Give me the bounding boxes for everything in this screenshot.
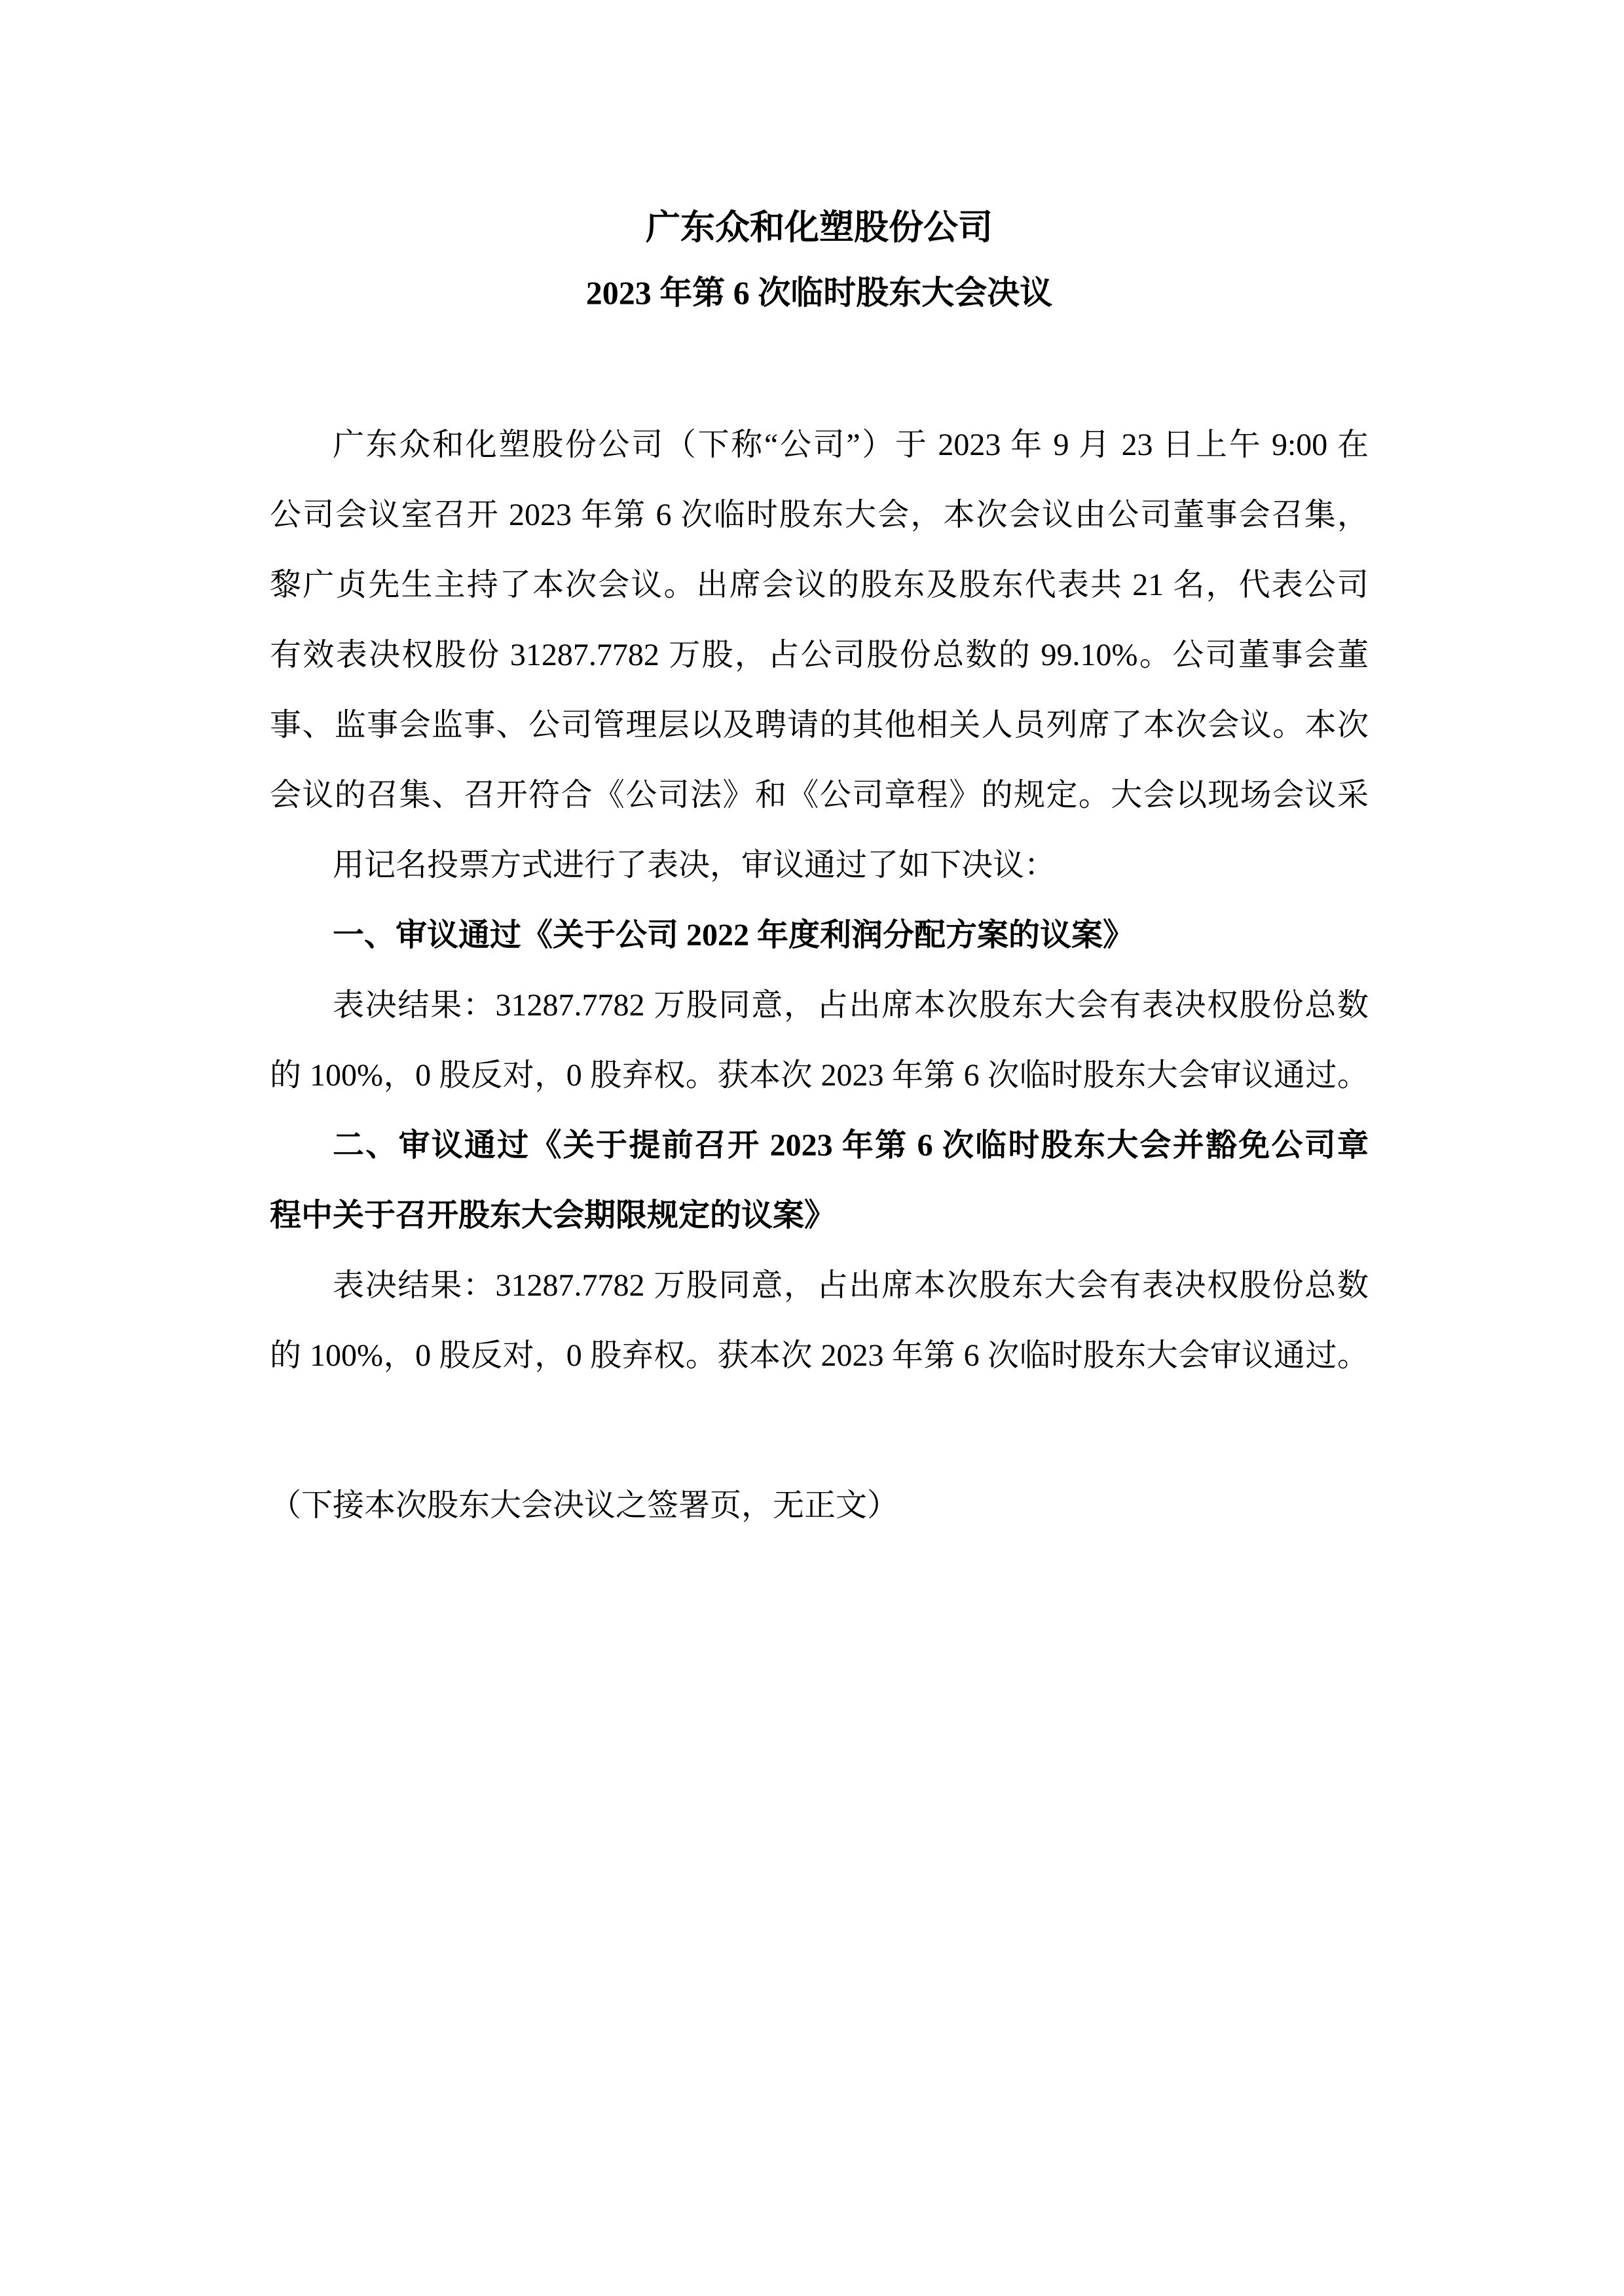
intro-line: 事、监事会监事、公司管理层以及聘请的其他相关人员列席了本次会议。本次: [270, 690, 1369, 760]
intro-line: 用记名投票方式进行了表决，审议通过了如下决议：: [270, 830, 1369, 900]
document-title: 广东众和化塑股份公司: [270, 207, 1369, 249]
closing-note: （下接本次股东大会决议之签署页，无正文）: [270, 1470, 1369, 1540]
resolution-2-result-line: 表决结果：31287.7782 万股同意，占出席本次股东大会有表决权股份总数: [270, 1250, 1369, 1321]
intro-line: 广东众和化塑股份公司（下称“公司”）于 2023 年 9 月 23 日上午 9:…: [270, 410, 1369, 480]
resolution-1-heading: 一、审议通过《关于公司 2022 年度利润分配方案的议案》: [270, 900, 1369, 970]
resolution-2-result-line: 的 100%，0 股反对，0 股弃权。获本次 2023 年第 6 次临时股东大会…: [270, 1321, 1369, 1391]
resolution-2-heading-line: 程中关于召开股东大会期限规定的议案》: [270, 1180, 1369, 1250]
document-page: 广东众和化塑股份公司 2023 年第 6 次临时股东大会决议 广东众和化塑股份公…: [0, 0, 1624, 2296]
resolution-1-result-line: 的 100%，0 股反对，0 股弃权。获本次 2023 年第 6 次临时股东大会…: [270, 1040, 1369, 1110]
intro-line: 有效表决权股份 31287.7782 万股，占公司股份总数的 99.10%。公司…: [270, 620, 1369, 690]
document-subtitle: 2023 年第 6 次临时股东大会决议: [270, 272, 1369, 313]
resolution-2-heading-line: 二、审议通过《关于提前召开 2023 年第 6 次临时股东大会并豁免公司章: [270, 1110, 1369, 1180]
intro-line: 会议的召集、召开符合《公司法》和《公司章程》的规定。大会以现场会议采: [270, 760, 1369, 830]
resolution-1-result-line: 表决结果：31287.7782 万股同意，占出席本次股东大会有表决权股份总数: [270, 970, 1369, 1040]
intro-line: 公司会议室召开 2023 年第 6 次临时股东大会，本次会议由公司董事会召集，: [270, 480, 1369, 550]
intro-line: 黎广贞先生主持了本次会议。出席会议的股东及股东代表共 21 名，代表公司: [270, 550, 1369, 620]
document-body: 广东众和化塑股份公司（下称“公司”）于 2023 年 9 月 23 日上午 9:…: [270, 410, 1369, 1540]
document-content: 广东众和化塑股份公司 2023 年第 6 次临时股东大会决议 广东众和化塑股份公…: [270, 0, 1369, 1540]
